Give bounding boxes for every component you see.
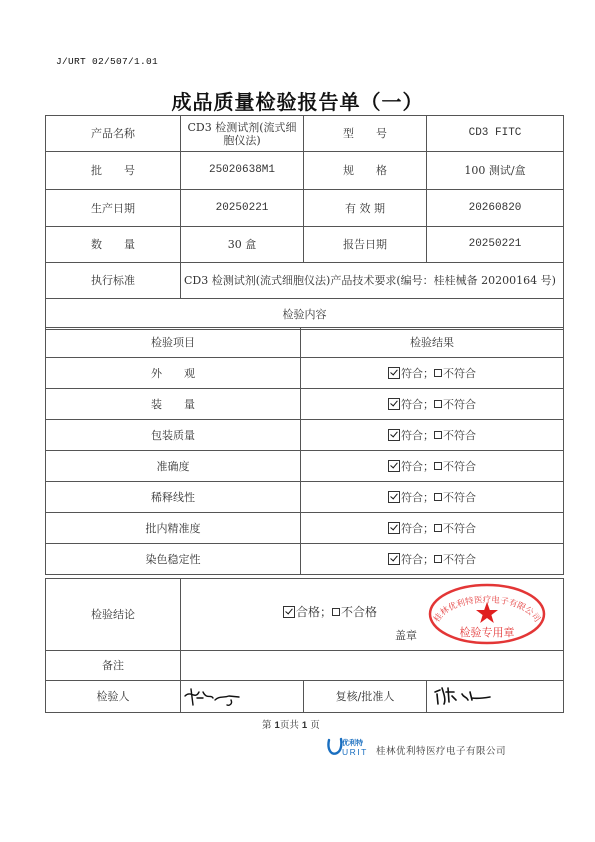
inspection-section-title: 检验内容	[46, 299, 564, 330]
item-header: 检验项目	[46, 328, 301, 358]
reviewer-signature-mark	[432, 684, 492, 708]
inspection-row: 批内精准度 符合；不符合	[46, 513, 564, 544]
urit-logo-icon: 优利特 URIT	[327, 737, 373, 757]
inspector-signature-mark	[183, 686, 241, 708]
remarks-value	[181, 651, 564, 681]
pass-checkbox[interactable]	[388, 522, 400, 534]
fail-checkbox[interactable]	[434, 524, 442, 532]
inspection-result: 符合；不符合	[301, 358, 564, 389]
inspection-result: 符合；不符合	[301, 513, 564, 544]
pass-checkbox[interactable]	[388, 553, 400, 565]
inspection-header-row: 检验项目 检验结果	[46, 328, 564, 358]
pass-checkbox[interactable]	[388, 429, 400, 441]
remarks-label: 备注	[46, 651, 181, 681]
fail-checkbox[interactable]	[434, 493, 442, 501]
page-mid: 页共	[280, 720, 299, 731]
page-title: 成品质量检验报告单（一）	[0, 86, 595, 115]
expiry-value: 20260820	[427, 190, 564, 227]
fail-label: 不符合	[443, 522, 476, 535]
row-remarks: 备注	[46, 651, 564, 681]
inspection-item-name: 包装质量	[46, 420, 301, 451]
inspection-item-name: 批内精准度	[46, 513, 301, 544]
product-name-label: 产品名称	[46, 116, 181, 152]
inspection-stamp: 桂林优利特医疗电子有限公司 检验专用章	[427, 583, 547, 645]
inspection-row: 稀释线性 符合；不符合	[46, 482, 564, 513]
product-name-value: CD3 检测试剂(流式细胞仪法)	[181, 116, 304, 152]
pass-label: 符合；	[401, 553, 434, 566]
page-total: 1	[302, 720, 307, 731]
inspection-row: 外 观 符合；不符合	[46, 358, 564, 389]
quantity-value: 30 盒	[181, 227, 304, 263]
result-header: 检验结果	[301, 328, 564, 358]
production-date-value: 20250221	[181, 190, 304, 227]
fail-label: 不符合	[443, 553, 476, 566]
row-production-date: 生产日期 20250221 有 效 期 20260820	[46, 190, 564, 227]
fail-checkbox[interactable]	[434, 400, 442, 408]
logo-en: URIT	[342, 747, 368, 757]
report-table: 产品名称 CD3 检测试剂(流式细胞仪法) 型 号 CD3 FITC 批 号 2…	[45, 115, 564, 330]
reviewer-label: 复核/批准人	[304, 681, 427, 713]
row-standard: 执行标准 CD3 检测试剂(流式细胞仪法)产品技术要求(编号：桂桂械备 2020…	[46, 263, 564, 299]
page-suffix: 页	[310, 720, 320, 731]
spec-label: 规 格	[304, 152, 427, 190]
inspection-item-name: 染色稳定性	[46, 544, 301, 575]
inspection-row: 准确度 符合；不符合	[46, 451, 564, 482]
inspector-label: 检验人	[46, 681, 181, 713]
pass-checkbox[interactable]	[388, 398, 400, 410]
report-date-value: 20250221	[427, 227, 564, 263]
inspection-result: 符合；不符合	[301, 451, 564, 482]
production-date-label: 生产日期	[46, 190, 181, 227]
company-name: 桂林优利特医疗电子有限公司	[376, 743, 506, 757]
logo-cn: 优利特	[342, 738, 363, 747]
page-number: 第 1页共 1 页	[262, 717, 320, 731]
row-batch: 批 号 25020638M1 规 格 100 测试/盒	[46, 152, 564, 190]
standard-label: 执行标准	[46, 263, 181, 299]
inspection-row: 包装质量 符合；不符合	[46, 420, 564, 451]
inspection-result: 符合；不符合	[301, 420, 564, 451]
qualified-label: 合格；	[296, 605, 332, 619]
fail-label: 不符合	[443, 429, 476, 442]
inspection-row: 染色稳定性 符合；不符合	[46, 544, 564, 575]
pass-label: 符合；	[401, 491, 434, 504]
inspection-result: 符合；不符合	[301, 544, 564, 575]
model-label: 型 号	[304, 116, 427, 152]
pass-label: 符合；	[401, 460, 434, 473]
inspection-item-name: 装 量	[46, 389, 301, 420]
pass-label: 符合；	[401, 367, 434, 380]
company-logo: 优利特 URIT	[327, 737, 373, 761]
page-prefix: 第	[262, 720, 272, 731]
pass-label: 符合；	[401, 522, 434, 535]
row-product-name: 产品名称 CD3 检测试剂(流式细胞仪法) 型 号 CD3 FITC	[46, 116, 564, 152]
document-code: J/URT 02/507/1.01	[56, 56, 158, 67]
svg-text:检验专用章: 检验专用章	[460, 625, 515, 639]
inspection-table: 检验项目 检验结果 外 观 符合；不符合 装 量 符合；不符合 包装质量 符合；…	[45, 327, 564, 575]
quantity-label: 数 量	[46, 227, 181, 263]
fail-checkbox[interactable]	[434, 431, 442, 439]
standard-value: CD3 检测试剂(流式细胞仪法)产品技术要求(编号：桂桂械备 20200164 …	[181, 263, 564, 299]
fail-label: 不符合	[443, 367, 476, 380]
inspection-result: 符合；不符合	[301, 482, 564, 513]
conclusion-options: 合格；不合格	[283, 603, 377, 620]
fail-label: 不符合	[443, 460, 476, 473]
pass-label: 符合；	[401, 429, 434, 442]
pass-checkbox[interactable]	[388, 491, 400, 503]
batch-value: 25020638M1	[181, 152, 304, 190]
fail-checkbox[interactable]	[434, 369, 442, 377]
qualified-checkbox[interactable]	[283, 606, 295, 618]
fail-checkbox[interactable]	[434, 462, 442, 470]
pass-checkbox[interactable]	[388, 367, 400, 379]
conclusion-label: 检验结论	[46, 579, 181, 651]
batch-label: 批 号	[46, 152, 181, 190]
inspection-item-name: 稀释线性	[46, 482, 301, 513]
unqualified-checkbox[interactable]	[332, 608, 340, 616]
expiry-label: 有 效 期	[304, 190, 427, 227]
pass-checkbox[interactable]	[388, 460, 400, 472]
inspection-row: 装 量 符合；不符合	[46, 389, 564, 420]
model-value: CD3 FITC	[427, 116, 564, 152]
inspection-result: 符合；不符合	[301, 389, 564, 420]
fail-label: 不符合	[443, 398, 476, 411]
inspection-item-name: 准确度	[46, 451, 301, 482]
inspection-item-name: 外 观	[46, 358, 301, 389]
spec-value: 100 测试/盒	[427, 152, 564, 190]
row-section-title: 检验内容	[46, 299, 564, 330]
row-quantity: 数 量 30 盒 报告日期 20250221	[46, 227, 564, 263]
report-date-label: 报告日期	[304, 227, 427, 263]
seal-label: 盖章	[395, 627, 417, 643]
pass-label: 符合；	[401, 398, 434, 411]
fail-label: 不符合	[443, 491, 476, 504]
fail-checkbox[interactable]	[434, 555, 442, 563]
unqualified-label: 不合格	[341, 605, 377, 619]
